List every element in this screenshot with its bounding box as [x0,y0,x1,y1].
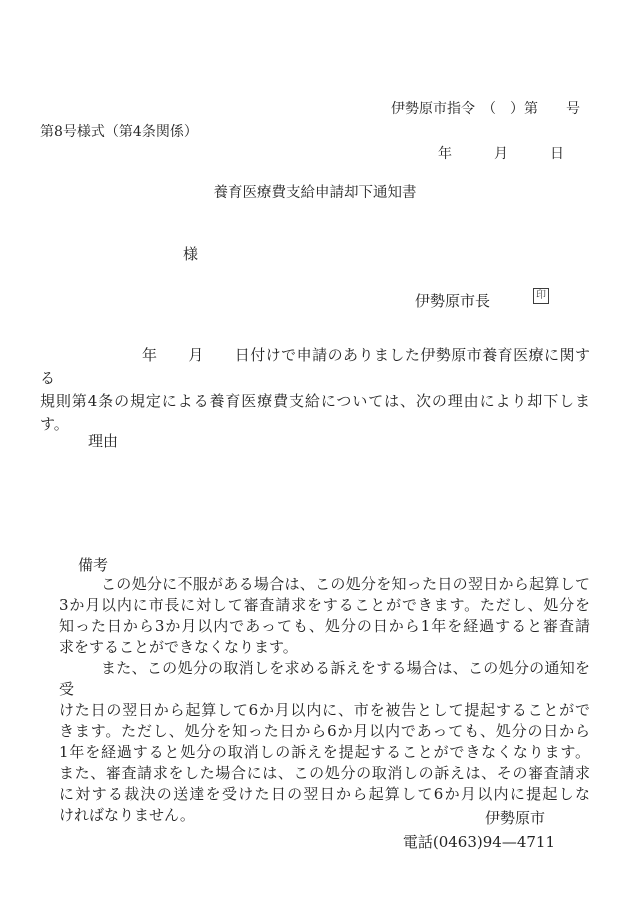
seal-mark: 印 [533,288,549,304]
remarks-line: また、この処分の取消しを求める訴えをする場合は、この処分の通知を受 [59,658,590,700]
remarks-line: けた日の翌日から起算して6か月以内に、市を被告として提起することがで [59,700,590,721]
document-page: 伊勢原市指令 （ ）第 号 第8号様式（第4条関係） 年 月 日 養育医療費支給… [0,0,630,915]
mayor-name: 伊勢原市長 [415,292,490,310]
body-paragraph: 年 月 日付けで申請のありました伊勢原市養育医療に関する 規則第4条の規定による… [40,344,590,436]
body-line: 年 月 日付けで申請のありました伊勢原市養育医療に関する [40,344,590,390]
remarks-line: 1年を経過すると処分の取消しの訴えを提起することができなくなります。 [59,742,590,763]
directive-number-line: 伊勢原市指令 （ ）第 号 [0,98,580,118]
body-line: す。 [40,413,590,436]
addressee-honorific: 様 [183,243,198,264]
remarks-label: 備考 [78,554,108,575]
remarks-line: 3か月以内に市長に対して審査請求をすることができます。ただし、処分を [59,595,590,616]
issue-date-line: 年 月 日 [0,143,564,163]
remarks-line: この処分に不服がある場合は、この処分を知った日の翌日から起算して [59,574,590,595]
remarks-line: きます。ただし、処分を知った日から6か月以内であっても、処分の日から [59,721,590,742]
sender-line: 伊勢原市長 印 [415,290,549,308]
remarks-line: 知った日から3か月以内であっても、処分の日から1年を経過すると審査請 [59,616,590,637]
remarks-line: に対する裁決の送達を受けた日の翌日から起算して6か月以内に提起しな [59,784,590,805]
body-line: 規則第4条の規定による養育医療費支給については、次の理由により却下しま [40,390,590,413]
footer-phone-number: 電話(0463)94—4711 [0,831,555,852]
footer-city-name: 伊勢原市 [0,807,545,828]
reason-label: 理由 [88,430,118,451]
remarks-line: 求をすることができなくなります。 [59,637,590,658]
form-number: 第8号様式（第4条関係） [40,121,198,141]
remarks-text: この処分に不服がある場合は、この処分を知った日の翌日から起算して 3か月以内に市… [59,574,590,826]
remarks-line: また、審査請求をした場合には、この処分の取消しの訴えは、その審査請求 [59,763,590,784]
page-title: 養育医療費支給申請却下通知書 [0,181,630,202]
